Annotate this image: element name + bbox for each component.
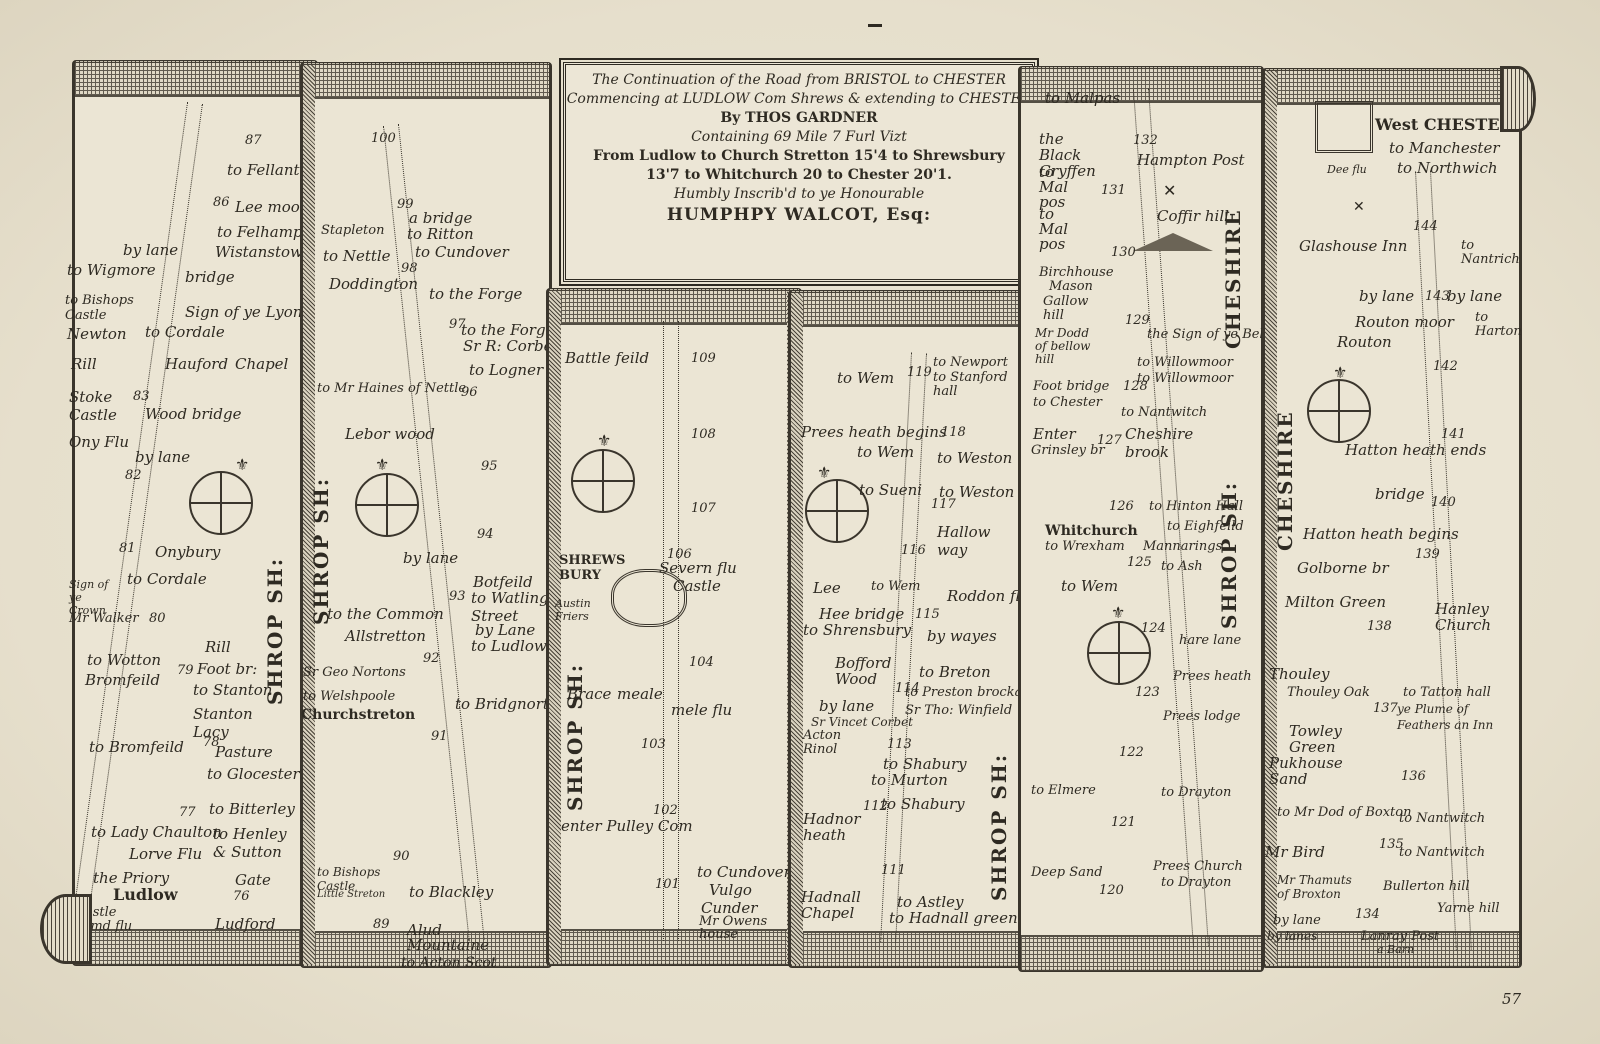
- place-label: Prees heath: [1173, 669, 1252, 684]
- place-label: Mr Bird: [1265, 843, 1325, 861]
- place-label: by lanes: [1267, 929, 1317, 943]
- place-label: to the Forge: [429, 285, 522, 303]
- scroll-hatching-bottom: [75, 929, 315, 965]
- place-label: to Harton: [1475, 311, 1515, 339]
- place-label: by lane: [1359, 287, 1414, 305]
- place-label: to Mr Haines of Nettle: [317, 381, 466, 396]
- place-label: by lane: [123, 241, 178, 259]
- place-label: to Ritton: [407, 225, 474, 243]
- road-strip-6: West CHESTER to Manchester to Northwich …: [1262, 68, 1522, 968]
- place-label: to Bromfeild: [89, 738, 184, 756]
- place-label: by lane: [819, 697, 874, 715]
- place-label: Sr Vincet Corbet: [811, 715, 913, 729]
- mile-marker: 122: [1119, 745, 1144, 760]
- mile-marker: 100: [371, 131, 396, 146]
- mile-marker: 86: [213, 195, 230, 210]
- mile-marker: 101: [655, 877, 680, 892]
- place-label: Hallow way: [937, 523, 997, 559]
- place-label: to Preston brockall: [905, 685, 1031, 700]
- scroll-hatching-top: [1265, 69, 1519, 105]
- mile-marker: 98: [401, 261, 418, 276]
- fleur-de-lis-icon: ⚜: [375, 455, 389, 474]
- county-label: SHROP SH:: [309, 477, 333, 625]
- place-label: Chapel: [235, 355, 288, 373]
- place-label: Hatton heath ends: [1345, 441, 1486, 459]
- mile-marker: 123: [1135, 685, 1160, 700]
- place-label: Stoke Castle: [69, 388, 119, 424]
- mile-marker: 96: [461, 385, 478, 400]
- scroll-edge-left: [549, 291, 561, 963]
- place-label: Hadnall Chapel: [801, 889, 861, 921]
- mile-marker: 92: [423, 651, 440, 666]
- place-label: to Manchester: [1389, 139, 1500, 157]
- dedication-line: Humbly Inscrib'd to ye Honourable: [566, 185, 1032, 204]
- place-label: Lanray Post: [1361, 929, 1439, 944]
- place-label: meale: [617, 685, 663, 703]
- place-label: to Stanford hall: [933, 371, 1013, 399]
- place-label: bridge: [185, 268, 235, 286]
- compass-rose-icon: [1307, 379, 1371, 443]
- scroll-edge-left: [791, 293, 803, 965]
- place-label: to Elmere: [1031, 783, 1096, 798]
- county-label: SHROP SH:: [563, 663, 587, 811]
- place-label: Grinsley br: [1031, 443, 1105, 458]
- place-label: to Wem: [837, 369, 894, 387]
- county-label-shropshire: SHROP SH:: [1217, 481, 1241, 629]
- title-line-1: The Continuation of the Road from BRISTO…: [566, 71, 1032, 90]
- place-label: ye Plume of Feathers an Inn: [1397, 701, 1507, 733]
- compass-rose-icon: [189, 471, 253, 535]
- place-label: to Chester: [1033, 395, 1102, 410]
- place-label: Mr Thamuts of Broxton: [1277, 873, 1367, 901]
- place-label: Lebor wood: [345, 425, 435, 443]
- place-label: to Stanton: [193, 681, 272, 699]
- place-label: to the Common: [327, 605, 444, 623]
- scroll-hatching-bottom: [791, 931, 1031, 967]
- mile-marker: 134: [1355, 907, 1380, 922]
- mile-marker: 108: [691, 427, 716, 442]
- mile-marker: 81: [119, 541, 136, 556]
- windmill-icon: ✕: [1163, 181, 1176, 200]
- place-label: to Bishops Castle: [65, 293, 135, 323]
- place-label: by wayes: [927, 627, 997, 645]
- place-label: enter Pulley Com: [561, 817, 693, 835]
- mile-marker: 107: [691, 501, 716, 516]
- place-label: Gallow hill: [1043, 295, 1083, 323]
- place-label: to Wrexham: [1045, 539, 1125, 554]
- place-label: Coffir hill: [1157, 207, 1229, 225]
- compass-rose-icon: [355, 473, 419, 537]
- place-label: to Murton: [871, 771, 948, 789]
- place-label: to Malpas: [1045, 89, 1120, 107]
- town-plan-shrewsbury: [611, 569, 687, 627]
- mile-marker: 120: [1099, 883, 1124, 898]
- place-label: Lee: [813, 579, 841, 597]
- place-label: to Wem: [871, 579, 921, 594]
- route-line-1: From Ludlow to Church Stretton 15'4 to S…: [566, 147, 1032, 166]
- place-label: Bullerton hill: [1383, 879, 1470, 894]
- place-label: to Nantwitch: [1399, 811, 1485, 826]
- place-label: to Northwich: [1397, 159, 1498, 177]
- mile-marker: 77: [179, 805, 196, 820]
- place-label: Deep Sand: [1031, 865, 1103, 880]
- place-label: to Cordale: [145, 323, 225, 341]
- fleur-de-lis-icon: ⚜: [235, 455, 249, 474]
- county-label: SHROP SH:: [263, 557, 287, 705]
- place-label: to Logner: [469, 361, 543, 379]
- place-label: Yarne hill: [1437, 901, 1500, 916]
- place-label: Alud Mountaine: [407, 923, 497, 953]
- mile-marker: 126: [1109, 499, 1134, 514]
- mile-marker: 136: [1401, 769, 1426, 784]
- place-label: Wistanstow: [215, 243, 303, 261]
- fleur-de-lis-icon: ⚜: [597, 431, 611, 450]
- road-strip-5: to Malpas the Black Gryffen 132 Hampton …: [1018, 66, 1264, 972]
- place-label: Milton Green: [1285, 593, 1386, 611]
- mile-marker: 124: [1141, 621, 1166, 636]
- road-strip-2: 100 99 a bridge Stapleton to Ritton to N…: [300, 62, 552, 968]
- mile-marker: 94: [477, 527, 494, 542]
- place-label: to Nettle: [323, 247, 391, 265]
- place-label: to Blackley: [409, 883, 493, 901]
- mile-marker: 109: [691, 351, 716, 366]
- place-label: to Bitterley: [209, 800, 295, 818]
- place-label: Hanley Church: [1435, 601, 1505, 633]
- mile-marker: 79: [177, 663, 194, 678]
- place-label: to Hadnall green: [889, 909, 1018, 927]
- mile-marker: 80: [149, 611, 166, 626]
- scroll-hatching-top: [75, 61, 315, 97]
- title-cartouche: The Continuation of the Road from BRISTO…: [563, 62, 1035, 282]
- place-label: Routon moor: [1355, 313, 1454, 331]
- dedicatee-name: HUMPHPY WALCOT, Esq:: [566, 206, 1032, 225]
- place-label: Hauford: [165, 355, 228, 373]
- mile-marker: 116: [901, 543, 926, 558]
- place-label: Lorve Flu: [129, 845, 202, 863]
- mile-marker: 121: [1111, 815, 1136, 830]
- mile-marker: 102: [653, 803, 678, 818]
- place-label: Ludford: [215, 915, 276, 933]
- place-label: to Watling Street: [471, 589, 551, 625]
- place-label: Ony Flu: [69, 433, 129, 451]
- title-line-2: Commencing at LUDLOW Com Shrews & extend…: [566, 90, 1032, 109]
- mile-marker: 93: [449, 589, 466, 604]
- mile-marker: 125: [1127, 555, 1152, 570]
- mile-marker: 131: [1101, 183, 1126, 198]
- place-label: Newton: [67, 325, 127, 343]
- mile-marker: 118: [941, 425, 966, 440]
- place-label: Enter: [1033, 425, 1076, 443]
- scroll-curl-right: [1500, 66, 1536, 132]
- place-label: Sr Tho: Winfield: [905, 703, 1012, 718]
- scroll-curl-left: [40, 894, 92, 964]
- mile-marker: 119: [907, 365, 932, 380]
- place-label: Mannarings: [1143, 539, 1222, 554]
- place-label: Cheshire brook: [1125, 425, 1195, 461]
- place-label: Mr Walker: [69, 611, 139, 626]
- top-mark: [868, 24, 882, 27]
- place-label: to Cundover: [415, 243, 509, 261]
- place-label: to Wigmore: [67, 261, 156, 279]
- road-strip-3: Battle feild 109 108 ⚜ 107 106 SHREWS BU…: [546, 288, 802, 966]
- mile-marker: 140: [1431, 495, 1456, 510]
- place-label: to Nantwitch: [1121, 405, 1207, 420]
- place-label: Thouley: [1269, 665, 1330, 683]
- mile-marker: 139: [1415, 547, 1440, 562]
- mile-marker: 82: [125, 468, 142, 483]
- place-label: Onybury: [155, 543, 220, 561]
- mile-marker: 104: [689, 655, 714, 670]
- mile-marker: 132: [1133, 133, 1158, 148]
- mile-marker: 142: [1433, 359, 1458, 374]
- place-label: Hatton heath begins: [1303, 525, 1459, 543]
- mile-marker: 112: [863, 799, 888, 814]
- mile-marker: 138: [1367, 619, 1392, 634]
- road-strip-1: 87 to Fellanton 86 Lee moores to Felhamp…: [72, 60, 318, 966]
- place-label: to Shrensbury: [803, 621, 911, 639]
- place-label: Golborne br: [1297, 559, 1389, 577]
- mile-marker: 103: [641, 737, 666, 752]
- mile-marker: 129: [1125, 313, 1150, 328]
- place-label: Gate: [235, 871, 271, 889]
- mile-marker: 90: [393, 849, 410, 864]
- place-label: to Acton Scot: [401, 955, 496, 971]
- place-label: Sign of ye Lyon: [185, 303, 302, 321]
- author-line: By THOS GARDNER: [566, 109, 1032, 128]
- mile-marker: 95: [481, 459, 498, 474]
- place-label: to Bridgnorth: [455, 695, 559, 713]
- place-label: Acton Rinol: [803, 729, 853, 757]
- place-label: Vulgo: [709, 881, 752, 899]
- place-label: Birchhouse: [1039, 265, 1114, 280]
- place-label: Prees lodge: [1163, 709, 1240, 724]
- county-label-cheshire: CHESHIRE: [1221, 208, 1245, 349]
- place-label: Pukhouse Sand: [1269, 755, 1349, 787]
- place-label: Mason: [1049, 279, 1093, 294]
- place-label: Wood bridge: [145, 405, 241, 423]
- road-line: [663, 321, 679, 941]
- mile-marker: 144: [1413, 219, 1438, 234]
- fleur-de-lis-icon: ⚜: [1111, 603, 1125, 622]
- place-label: Prees heath begins: [801, 423, 947, 441]
- mile-marker: 76: [233, 889, 250, 904]
- road-line: [73, 102, 203, 916]
- place-label: Hadnor heath: [803, 811, 853, 843]
- road-line: [880, 353, 927, 943]
- place-label: Stapleton: [321, 223, 384, 238]
- place-label: to Mr Dod of Boxton: [1277, 805, 1411, 820]
- place-label: to Mal pos: [1039, 165, 1079, 210]
- place-label: to Wem: [1061, 577, 1118, 595]
- route-line-2: 13'7 to Whitchurch 20 to Chester 20'1.: [566, 166, 1032, 185]
- scroll-hatching-bottom: [1021, 935, 1261, 971]
- place-label: Dee flu: [1327, 163, 1367, 176]
- place-label: Foot br:: [197, 660, 257, 678]
- mile-marker: 89: [373, 917, 390, 932]
- place-label: to Newport: [933, 355, 1008, 370]
- place-label: Bofford Wood: [835, 655, 895, 687]
- town-plan-chester: [1315, 101, 1373, 153]
- town-label-west-chester: West CHESTER: [1375, 115, 1513, 134]
- place-label: a Barn: [1377, 943, 1414, 956]
- town-label-ludlow: Ludlow: [113, 885, 178, 904]
- place-label: to Welshpoole: [303, 689, 395, 704]
- road-strip-4: to Wem 119 to Newport to Stanford hall P…: [788, 290, 1034, 968]
- place-label: bridge: [1375, 485, 1425, 503]
- mile-marker: 91: [431, 729, 448, 744]
- place-label: Rill: [205, 638, 231, 656]
- place-label: Foot bridge: [1033, 379, 1109, 394]
- place-label: by lane: [135, 448, 190, 466]
- town-label-whitchurch: Whitchurch: [1045, 523, 1138, 539]
- place-label: Towley Green: [1289, 723, 1359, 755]
- place-label: mele flu: [671, 701, 732, 719]
- place-label: to Shabury: [881, 795, 965, 813]
- place-label: to Nantrich: [1461, 239, 1511, 267]
- place-label: Pasture: [215, 743, 273, 761]
- place-label: to Tatton hall: [1403, 685, 1491, 700]
- mile-marker: 141: [1441, 427, 1466, 442]
- windmill-icon: ✕: [1353, 199, 1365, 215]
- place-label: Rill: [71, 355, 97, 373]
- place-label: by lane: [1273, 913, 1321, 928]
- page-number: 57: [1502, 990, 1521, 1008]
- compass-rose-icon: [571, 449, 635, 513]
- place-label: to Cundover: [697, 863, 791, 881]
- place-label: to Willowmoor: [1137, 371, 1233, 386]
- place-label: by lane: [403, 549, 458, 567]
- place-label: Little Streton: [317, 889, 385, 900]
- place-label: to Drayton: [1161, 875, 1231, 890]
- mile-marker: 83: [133, 389, 150, 404]
- place-label: to Wotton: [87, 651, 161, 669]
- mile-marker: 137: [1373, 701, 1398, 716]
- place-label: to Willowmoor: [1137, 355, 1233, 370]
- distance-summary: Containing 69 Mile 7 Furl Vizt: [566, 128, 1032, 147]
- place-label: to Ludlow: [471, 637, 547, 655]
- place-label: to Breton: [919, 663, 991, 681]
- place-label: Battle feild: [565, 349, 649, 367]
- place-label: to Cordale: [127, 570, 207, 588]
- place-label: to Nantwitch: [1399, 845, 1485, 860]
- county-label: CHESHIRE: [1273, 410, 1297, 551]
- mile-marker: 115: [915, 607, 940, 622]
- place-label: to Drayton: [1161, 785, 1231, 800]
- place-label: to Weston: [937, 449, 1012, 467]
- place-label: Doddington: [329, 275, 418, 293]
- place-label: to Lady Chaulton: [91, 823, 222, 841]
- hill-icon: [1133, 233, 1213, 251]
- mile-marker: 113: [887, 737, 912, 752]
- place-label: Routon: [1337, 333, 1392, 351]
- place-label: Hampton Post: [1137, 151, 1245, 169]
- place-label: to Glocester: [207, 765, 300, 783]
- mile-marker: 117: [931, 497, 956, 512]
- place-label: the Sign of ye Bell: [1147, 327, 1268, 342]
- mile-marker: 87: [245, 133, 262, 148]
- scroll-hatching-top: [549, 289, 799, 325]
- mile-marker: 111: [881, 863, 906, 878]
- place-label: Bromfeild: [85, 671, 160, 689]
- place-label: Allstretton: [345, 627, 426, 645]
- place-label: hare lane: [1179, 633, 1241, 648]
- place-label: to Henley & Sutton: [213, 825, 303, 861]
- place-label: Mr Dodd of bellow hill: [1035, 327, 1097, 366]
- mile-marker: 130: [1111, 245, 1136, 260]
- place-label: Sr Geo Nortons: [303, 665, 406, 680]
- place-label: Prees Church: [1153, 859, 1243, 874]
- mile-marker: 128: [1123, 379, 1148, 394]
- place-label: Austin Friers: [555, 597, 595, 623]
- place-label: to Ash: [1161, 559, 1203, 574]
- town-label-church-stretton: Churchstreton: [301, 707, 415, 723]
- place-label: to Sueni: [859, 481, 922, 499]
- scroll-hatching-top: [791, 291, 1031, 327]
- place-label: Mr Owens house: [699, 915, 769, 941]
- place-label: Thouley Oak: [1287, 685, 1370, 700]
- place-label: Glashouse Inn: [1299, 237, 1407, 255]
- place-label: to Mal pos: [1039, 207, 1079, 252]
- place-label: to Wem: [857, 443, 914, 461]
- place-label: by lane: [1447, 287, 1502, 305]
- scroll-hatching-top: [303, 63, 549, 99]
- county-label: SHROP SH:: [987, 753, 1011, 901]
